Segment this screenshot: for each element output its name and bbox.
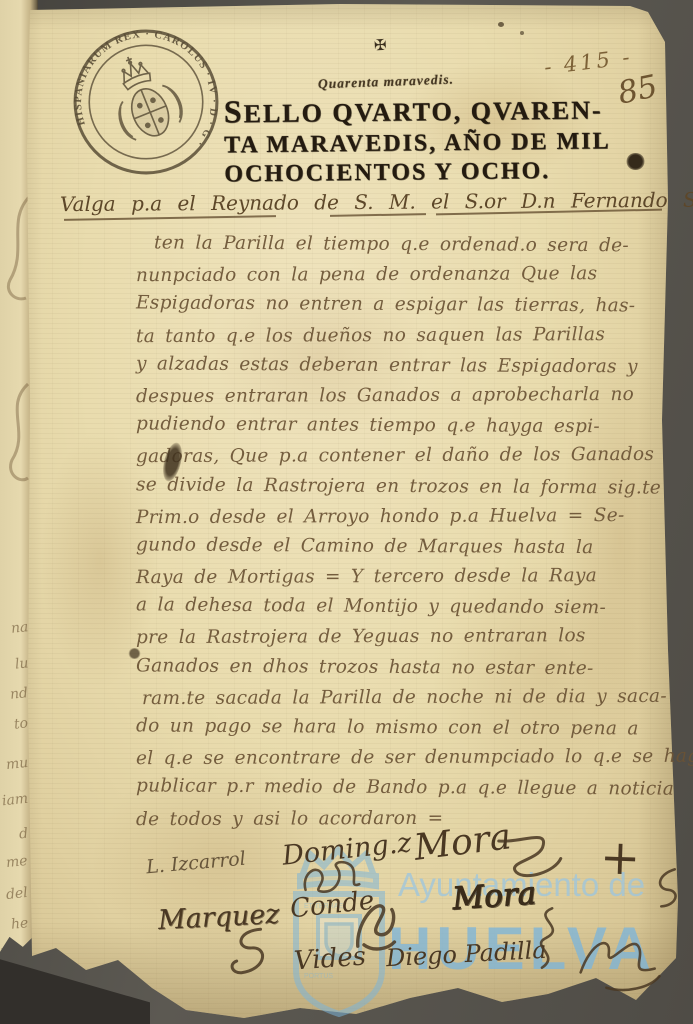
- left-fragment: iam: [1, 791, 29, 810]
- coat-of-arms-shield: [125, 83, 175, 141]
- seal-title: SELLO QVARTO, QVAREN- TA MARAVEDIS, AÑO …: [224, 88, 685, 190]
- illegible-signature-rubric: [570, 923, 673, 1005]
- left-fragment: he: [10, 915, 29, 933]
- manuscript-line: gadoras, Que p.a contener el daño de los…: [136, 444, 668, 477]
- faint-flourish: [0, 380, 34, 490]
- manuscript-line: se divide la Rastrojera en trozos en la …: [136, 474, 668, 507]
- rubric-flourish: [647, 865, 686, 911]
- seal-title-line: TA MARAVEDIS, AÑO DE MIL: [224, 127, 684, 161]
- manuscript-line: y alzadas estas deberan entrar las Espig…: [136, 353, 668, 386]
- left-fragment: me: [6, 853, 29, 871]
- manuscript-line: Ganados en dhos trozos hasta no estar en…: [136, 655, 668, 688]
- left-fragment: nd: [9, 685, 29, 703]
- manuscript-body: ten la Parilla el tiempo q.e ordenad.o s…: [136, 234, 668, 838]
- manuscript-line: pre la Rastrojera de Yeguas no entraran …: [136, 625, 668, 658]
- seal-title-line: SELLO QVARTO, QVAREN-: [224, 88, 684, 132]
- signature-cross-mark: +: [599, 829, 641, 886]
- rubric-flourish: [518, 904, 576, 974]
- manuscript-line: publicar p.r medio de Bando p.a q.e lleg…: [136, 776, 668, 809]
- manuscript-line: a la dehesa toda el Montijo y quedando s…: [136, 595, 668, 628]
- manuscript-line: Raya de Mortigas = Y tercero desde la Ra…: [136, 565, 668, 598]
- manuscript-line: el q.e se encontrare de ser denumpciado …: [136, 746, 668, 779]
- left-fragment: mu: [5, 755, 29, 773]
- left-fragment: lu: [14, 655, 29, 672]
- manuscript-line: do un pago se hara lo mismo con el otro …: [136, 715, 668, 748]
- manuscript-line: ten la Parilla el tiempo q.e ordenad.o s…: [154, 232, 668, 265]
- manuscript-line: ta tanto q.e los dueños no saquen las Pa…: [136, 323, 668, 356]
- manuscript-line: despues entraran los Ganados a aprobecha…: [136, 384, 668, 417]
- manuscript-line: Espigadoras no entren a espigar las tier…: [136, 293, 668, 326]
- ink-blot: [520, 31, 524, 35]
- ink-blot: [626, 153, 645, 170]
- manuscript-line: pudiendo entrar antes tiempo q.e hayga e…: [136, 414, 668, 447]
- ink-blot: [128, 648, 141, 659]
- document-scan: na lu nd to mu iam d me del he dera HISP…: [0, 0, 693, 1024]
- left-fragment: d: [18, 826, 29, 843]
- left-fragment: to: [13, 715, 29, 732]
- crown-icon: [115, 52, 153, 91]
- left-fragment: na: [10, 619, 29, 637]
- ink-blot: [498, 22, 504, 27]
- left-fragment: del: [5, 885, 28, 903]
- manuscript-line: gundo desde el Camino de Marques hasta l…: [136, 534, 668, 567]
- rubric-flourish: [220, 924, 281, 978]
- printed-cross-icon: ✠: [374, 36, 388, 55]
- manuscript-line: Prim.o desde el Arroyo hondo p.a Huelva …: [136, 505, 668, 538]
- seal-title-line: OCHOCIENTOS Y OCHO.: [224, 156, 684, 190]
- rubric-flourish: [343, 893, 409, 959]
- manuscript-line: nunpciado con la pena de ordenanza Que l…: [136, 263, 668, 296]
- manuscript-line: ram.te sacada la Parilla de noche ni de …: [142, 686, 668, 718]
